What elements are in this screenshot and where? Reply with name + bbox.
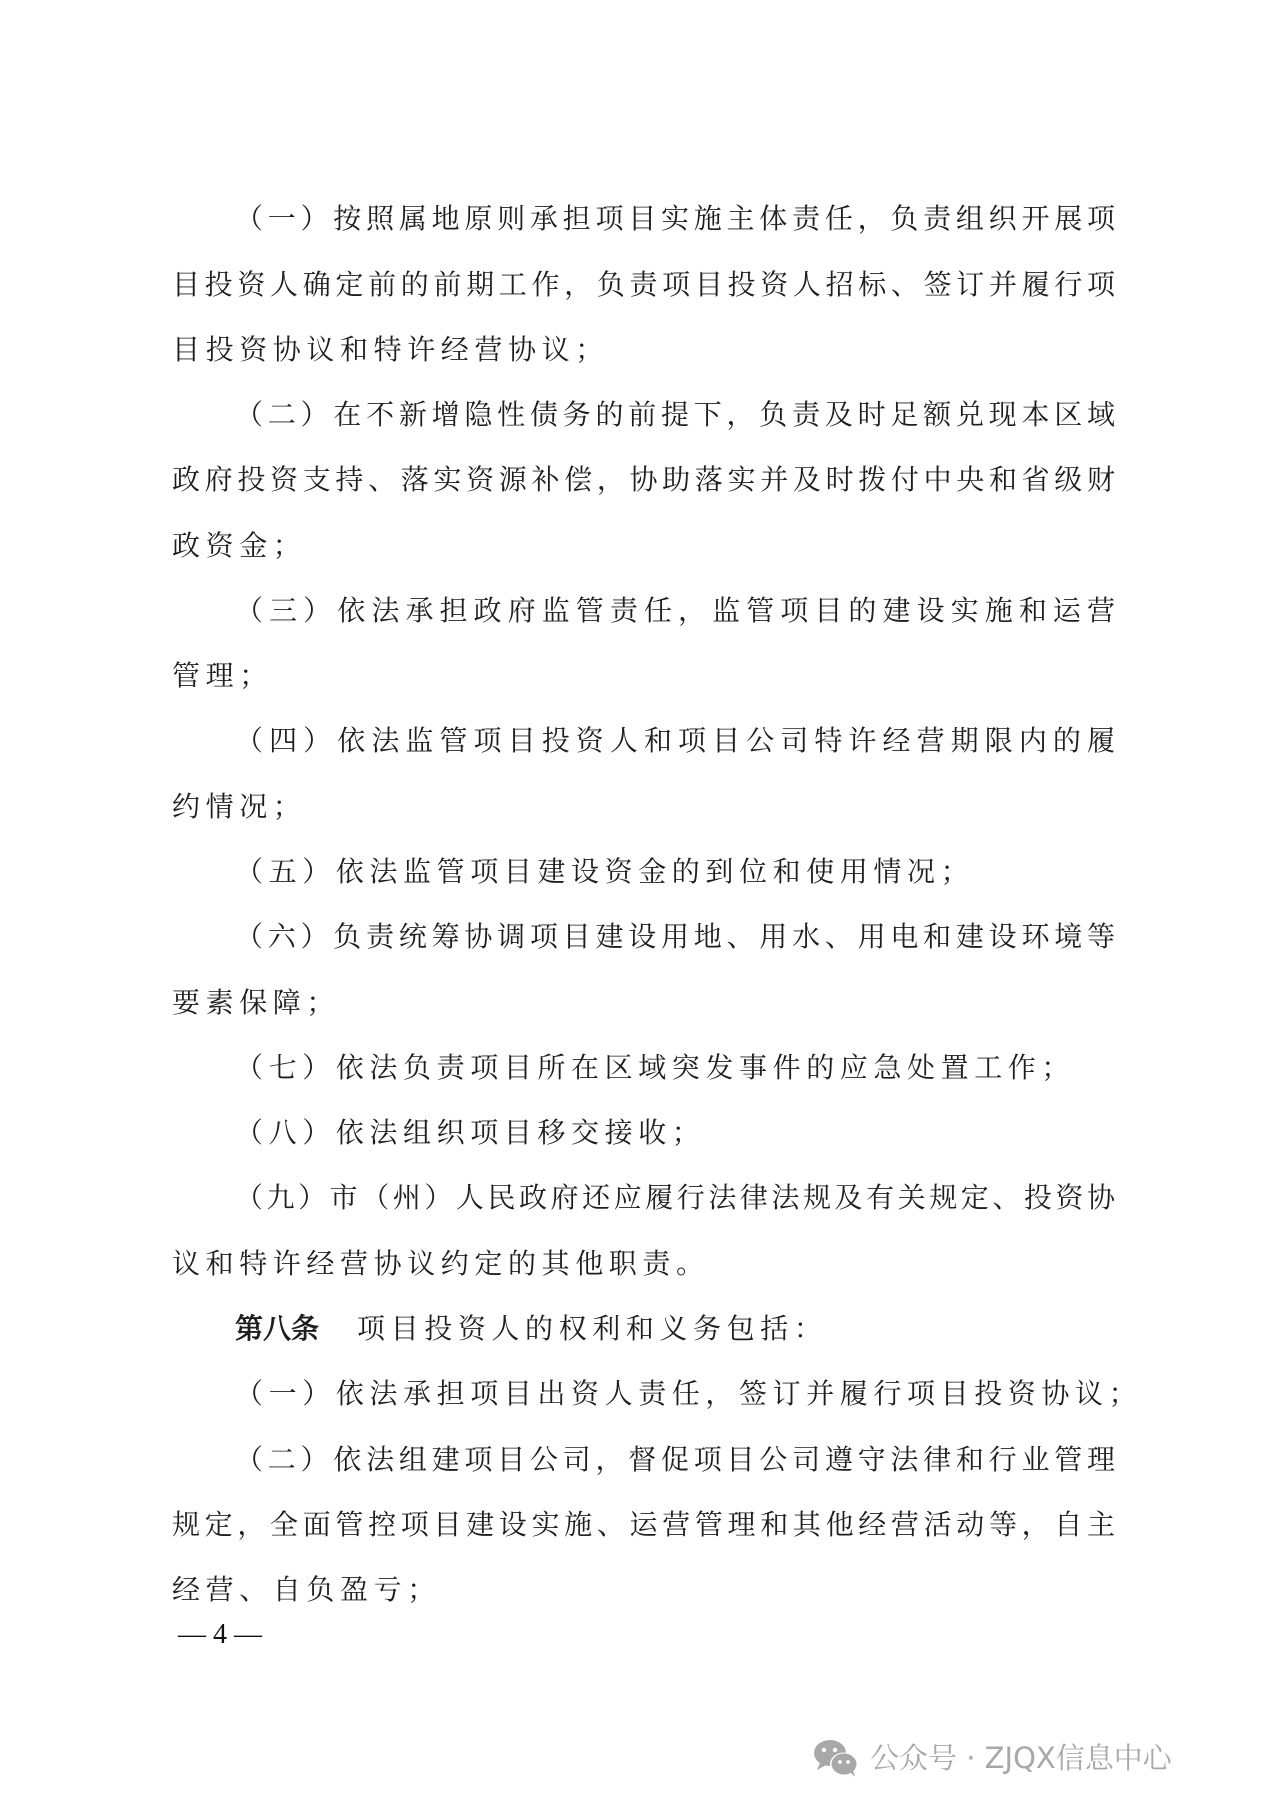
paragraph-line: （五）依法监管项目建设资金的到位和使用情况；: [235, 852, 974, 892]
paragraph-line: 政府投资支持、落实资源补偿，协助落实并及时拨付中央和省级财: [172, 460, 1115, 500]
paragraph-line: （九）市（州）人民政府还应履行法律法规及有关规定、投资协: [235, 1178, 1115, 1218]
paragraph-line: （四）依法监管项目投资人和项目公司特许经营期限内的履: [235, 721, 1115, 761]
paragraph-line: （七）依法负责项目所在区域突发事件的应急处置工作；: [235, 1048, 1075, 1088]
article-heading-line: 第八条项目投资人的权利和义务包括：: [235, 1309, 827, 1349]
paragraph-line: 约情况；: [172, 787, 306, 827]
document-page: （一）按照属地原则承担项目实施主体责任，负责组织开展项 目投资人确定前的前期工作…: [0, 0, 1280, 1810]
watermark: 公众号 · ZJQX信息中心: [812, 1738, 1172, 1778]
paragraph-line: 政资金；: [172, 526, 306, 566]
paragraph-line: （六）负责统筹协调项目建设用地、用水、用电和建设环境等: [235, 917, 1115, 957]
paragraph-line: 管理；: [172, 656, 273, 696]
paragraph-line: （二）在不新增隐性债务的前提下，负责及时足额兑现本区域: [235, 395, 1115, 435]
paragraph-line: （二）依法组建项目公司，督促项目公司遵守法律和行业管理: [235, 1440, 1115, 1480]
paragraph-line: （一）按照属地原则承担项目实施主体责任，负责组织开展项: [235, 199, 1115, 239]
watermark-text: 公众号 · ZJQX信息中心: [870, 1738, 1172, 1778]
paragraph-line: 议和特许经营协议约定的其他职责。: [172, 1244, 710, 1284]
paragraph-line: 要素保障；: [172, 983, 340, 1023]
paragraph-line: 经营、自负盈亏；: [172, 1570, 441, 1610]
paragraph-line: 目投资人确定前的前期工作，负责项目投资人招标、签订并履行项: [172, 265, 1115, 305]
paragraph-line: （八）依法组织项目移交接收；: [235, 1113, 705, 1153]
paragraph-line: （三）依法承担政府监管责任，监管项目的建设实施和运营: [235, 591, 1115, 631]
article-text: 项目投资人的权利和义务包括：: [357, 1312, 827, 1345]
wechat-icon: [812, 1738, 860, 1778]
paragraph-line: 目投资协议和特许经营协议；: [172, 330, 609, 370]
article-label: 第八条: [235, 1312, 319, 1345]
paragraph-line: 规定，全面管控项目建设实施、运营管理和其他经营活动等，自主: [172, 1505, 1115, 1545]
paragraph-line: （一）依法承担项目出资人责任，签订并履行项目投资协议；: [235, 1374, 1142, 1414]
page-number: — 4 —: [178, 1615, 262, 1655]
